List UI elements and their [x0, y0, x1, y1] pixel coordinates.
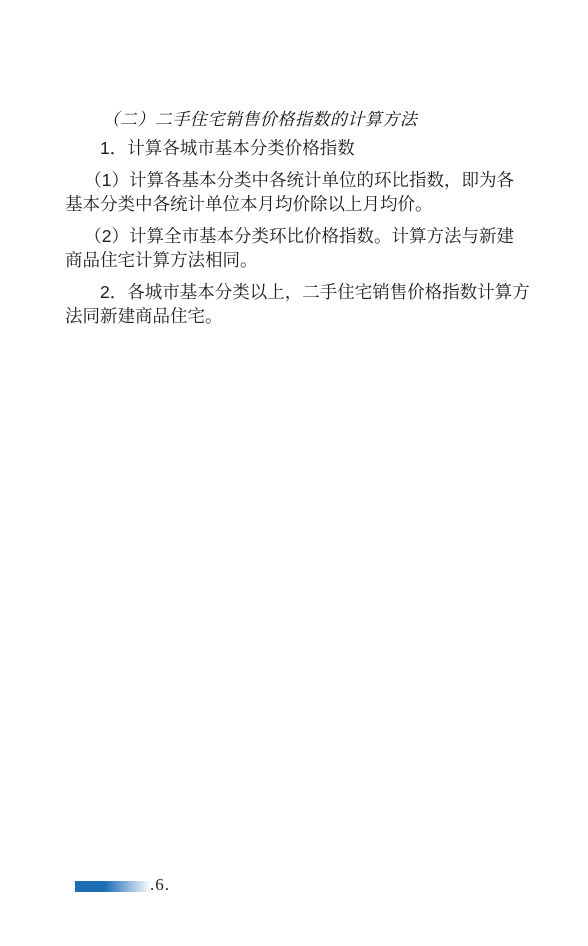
text-line: 2．各城市基本分类以上，二手住宅销售价格指数计算方: [65, 280, 515, 304]
document-page: （二）二手住宅销售价格指数的计算方法 1．计算各城市基本分类价格指数 （1）计算…: [0, 0, 588, 946]
footer-gradient-bar: [75, 881, 151, 892]
page-number: .6.: [150, 875, 170, 895]
text-line: 1．计算各城市基本分类价格指数: [65, 136, 515, 160]
document-body: （二）二手住宅销售价格指数的计算方法 1．计算各城市基本分类价格指数 （1）计算…: [65, 108, 515, 328]
paragraph: （1）计算各基本分类中各统计单位的环比指数，即为各 基本分类中各统计单位本月均价…: [65, 168, 515, 216]
text-line: 商品住宅计算方法相同。: [65, 248, 515, 272]
text-line: 基本分类中各统计单位本月均价除以上月均价。: [65, 192, 515, 216]
paragraph: 2．各城市基本分类以上，二手住宅销售价格指数计算方 法同新建商品住宅。: [65, 280, 515, 328]
paragraph: （2）计算全市基本分类环比价格指数。计算方法与新建 商品住宅计算方法相同。: [65, 224, 515, 272]
text-line: （1）计算各基本分类中各统计单位的环比指数，即为各: [65, 168, 515, 192]
section-heading: （二）二手住宅销售价格指数的计算方法: [65, 108, 515, 132]
text-line: 法同新建商品住宅。: [65, 304, 515, 328]
text-line: （2）计算全市基本分类环比价格指数。计算方法与新建: [65, 224, 515, 248]
paragraph: 1．计算各城市基本分类价格指数: [65, 136, 515, 160]
